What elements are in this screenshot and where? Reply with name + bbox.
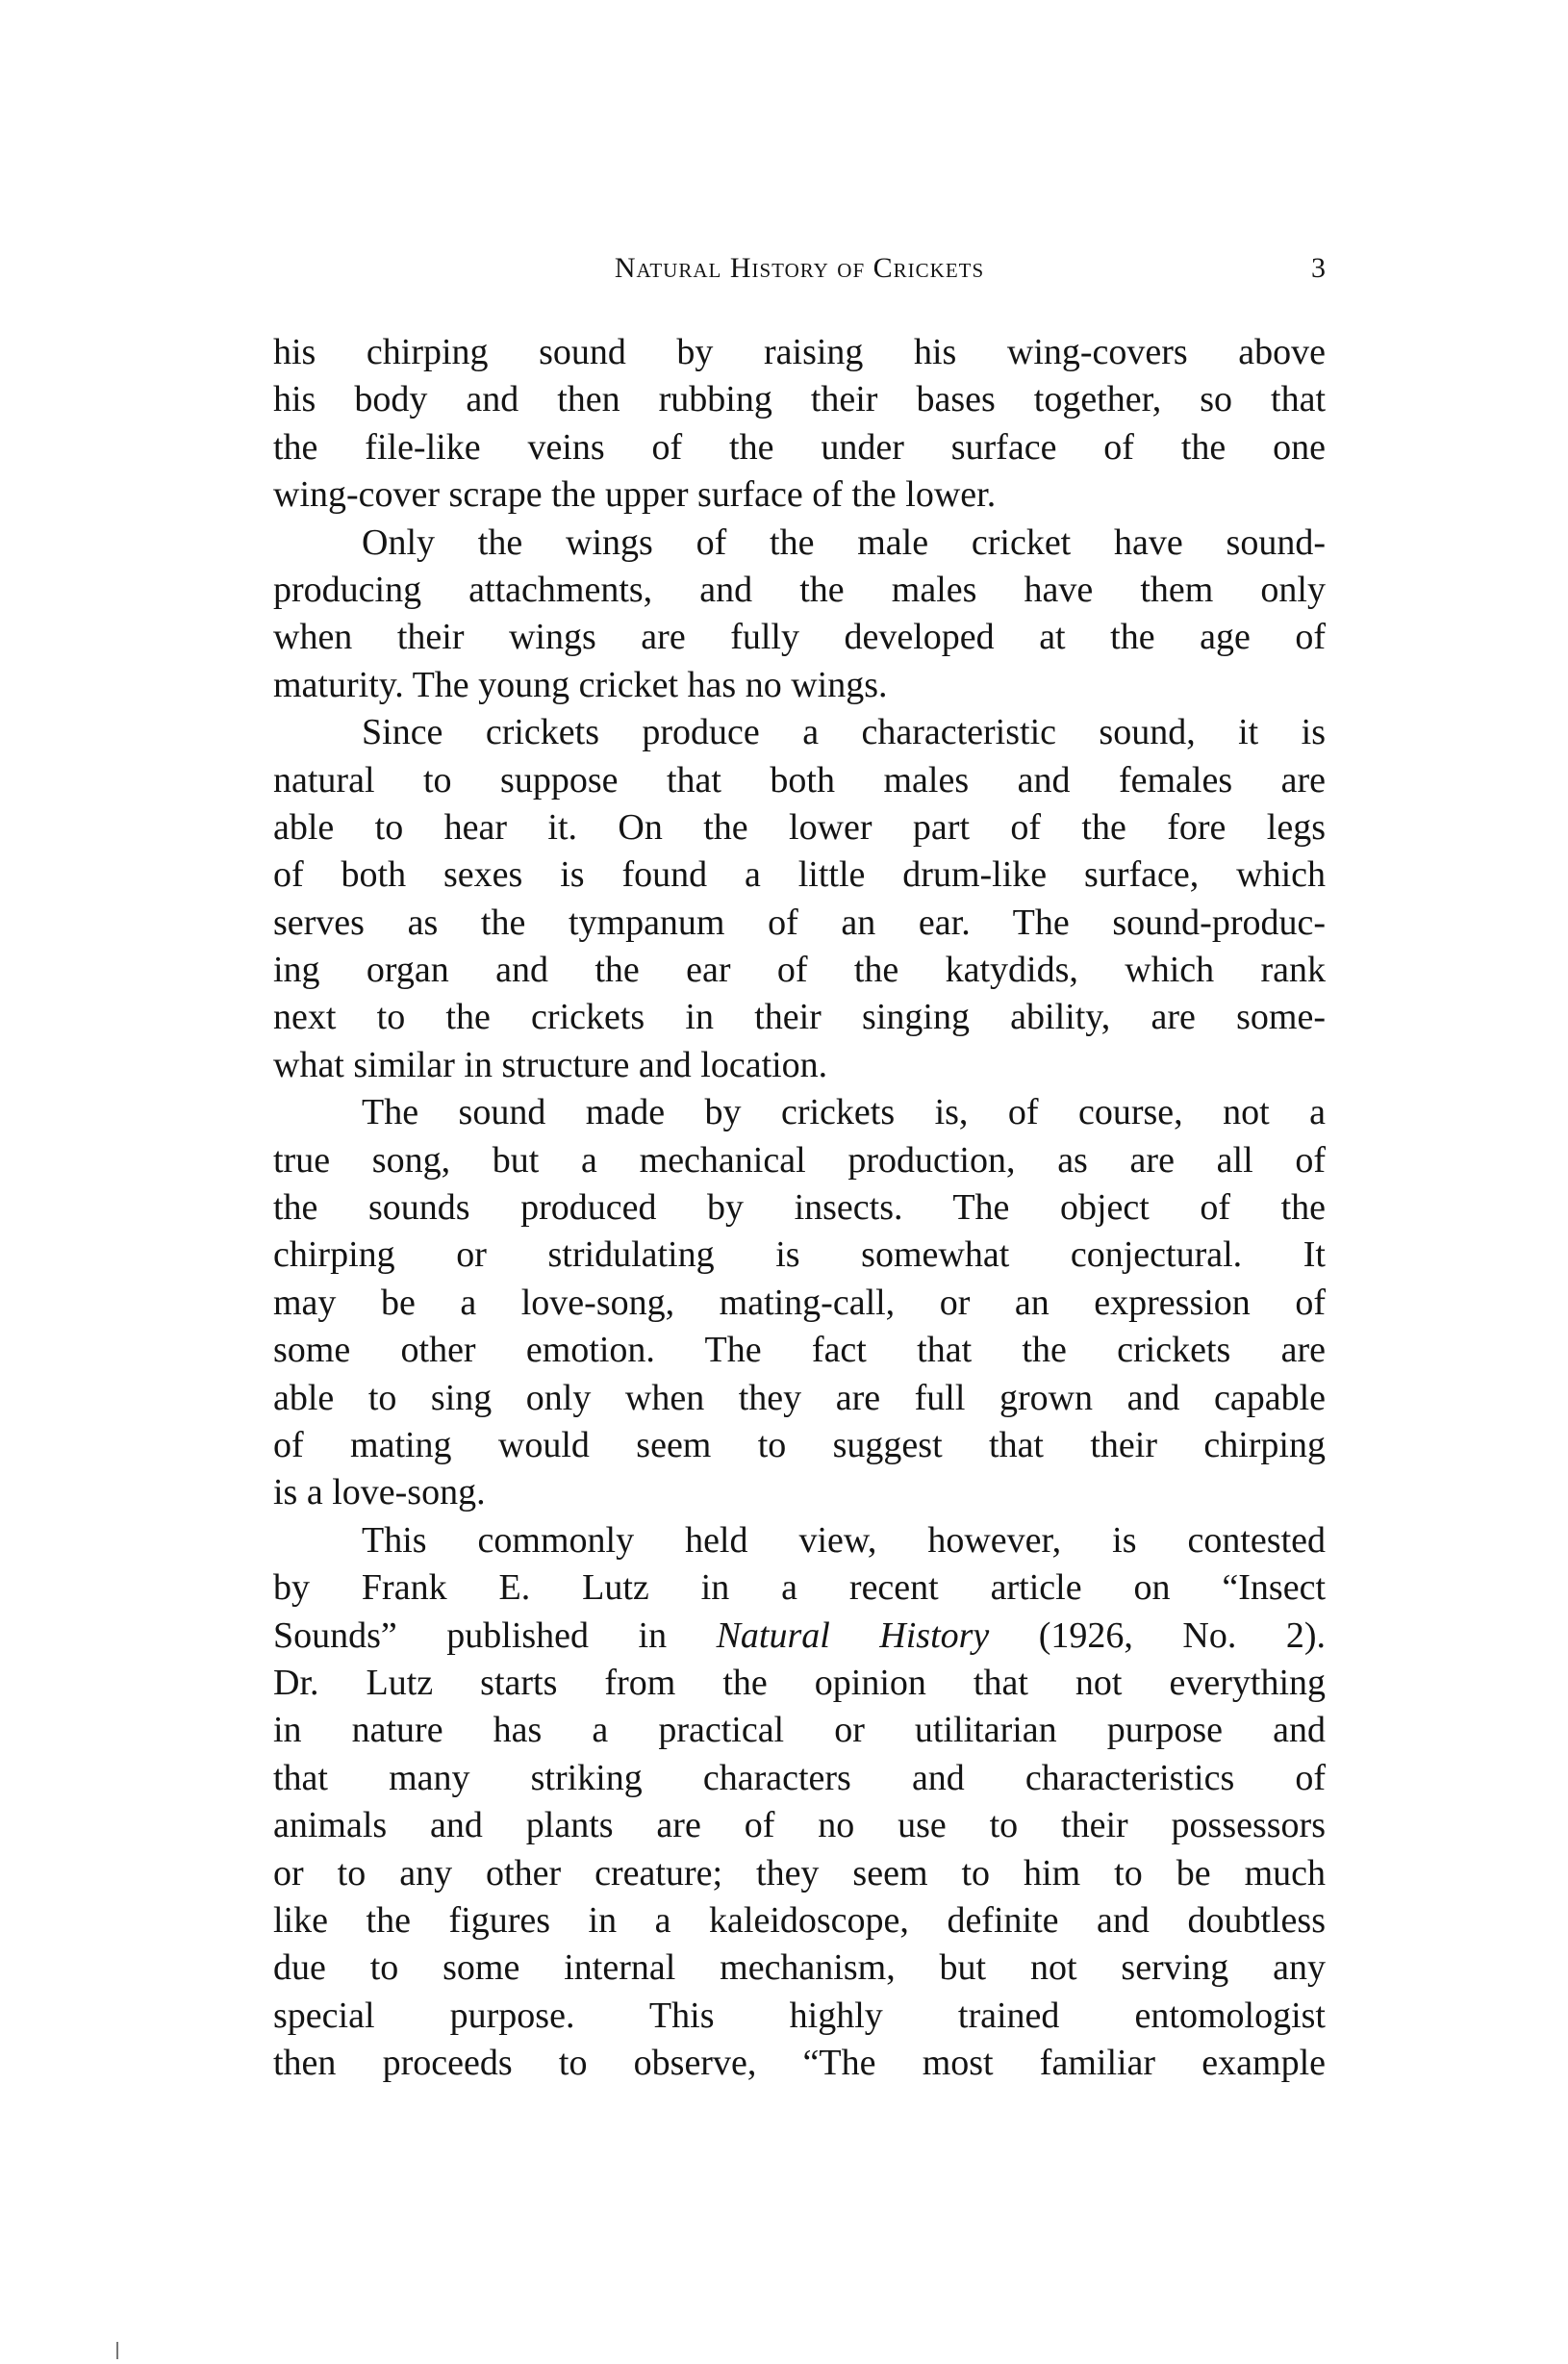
text-line: producing attachments, and the males hav… xyxy=(273,567,1326,614)
text-line: in nature has a practical or utilitarian… xyxy=(273,1707,1326,1754)
text-line: of mating would seem to suggest that the… xyxy=(273,1422,1326,1469)
text-line: due to some internal mechanism, but not … xyxy=(273,1945,1326,1992)
text-line: by Frank E. Lutz in a recent article on … xyxy=(273,1564,1326,1612)
text-line: wing-cover scrape the upper surface of t… xyxy=(273,471,1326,519)
text-line: then proceeds to observe, “The most fami… xyxy=(273,2040,1326,2087)
text-line: Only the wings of the male cricket have … xyxy=(273,520,1326,567)
book-page: Natural History of Crickets 3 his chirpi… xyxy=(0,0,1568,2364)
text-line: his body and then rubbing their bases to… xyxy=(273,376,1326,423)
text-line: the file-like veins of the under surface… xyxy=(273,424,1326,471)
text-fragment: Sounds” published in xyxy=(273,1615,717,1656)
text-line: or to any other creature; they seem to h… xyxy=(273,1850,1326,1897)
text-line: what similar in structure and location. xyxy=(273,1042,1326,1089)
text-line: may be a love-song, mating-call, or an e… xyxy=(273,1280,1326,1327)
body-text: his chirping sound by raising his wing-c… xyxy=(273,329,1326,2087)
text-line: of both sexes is found a little drum-lik… xyxy=(273,852,1326,899)
running-title: Natural History of Crickets xyxy=(273,252,1326,285)
scan-artifact-mark xyxy=(116,2342,118,2359)
text-line: This commonly held view, however, is con… xyxy=(273,1517,1326,1564)
text-line: animals and plants are of no use to thei… xyxy=(273,1802,1326,1849)
text-line: natural to suppose that both males and f… xyxy=(273,757,1326,804)
text-line: special purpose. This highly trained ent… xyxy=(273,1993,1326,2040)
text-line: serves as the tympanum of an ear. The so… xyxy=(273,900,1326,947)
text-line: ing organ and the ear of the katydids, w… xyxy=(273,947,1326,994)
italic-journal-title: Natural History xyxy=(717,1615,990,1656)
text-line: Dr. Lutz starts from the opinion that no… xyxy=(273,1660,1326,1707)
text-line: Since crickets produce a characteristic … xyxy=(273,709,1326,756)
text-line: is a love-song. xyxy=(273,1469,1326,1516)
page-number: 3 xyxy=(1311,252,1326,285)
text-line: some other emotion. The fact that the cr… xyxy=(273,1327,1326,1374)
text-line: true song, but a mechanical production, … xyxy=(273,1137,1326,1184)
text-line: able to sing only when they are full gro… xyxy=(273,1375,1326,1422)
text-line: next to the crickets in their singing ab… xyxy=(273,994,1326,1041)
text-line: the sounds produced by insects. The obje… xyxy=(273,1184,1326,1232)
text-line: chirping or stridulating is somewhat con… xyxy=(273,1232,1326,1279)
text-line: when their wings are fully developed at … xyxy=(273,614,1326,661)
text-line: able to hear it. On the lower part of th… xyxy=(273,804,1326,852)
running-head: Natural History of Crickets 3 xyxy=(273,252,1326,291)
text-fragment: (1926, No. 2). xyxy=(989,1615,1326,1656)
text-line: The sound made by crickets is, of course… xyxy=(273,1089,1326,1136)
text-line: like the figures in a kaleidoscope, defi… xyxy=(273,1897,1326,1945)
text-line: maturity. The young cricket has no wings… xyxy=(273,662,1326,709)
text-line: his chirping sound by raising his wing-c… xyxy=(273,329,1326,376)
text-line: that many striking characters and charac… xyxy=(273,1755,1326,1802)
citation-line: Sounds” published in Natural History (19… xyxy=(273,1613,1326,1660)
